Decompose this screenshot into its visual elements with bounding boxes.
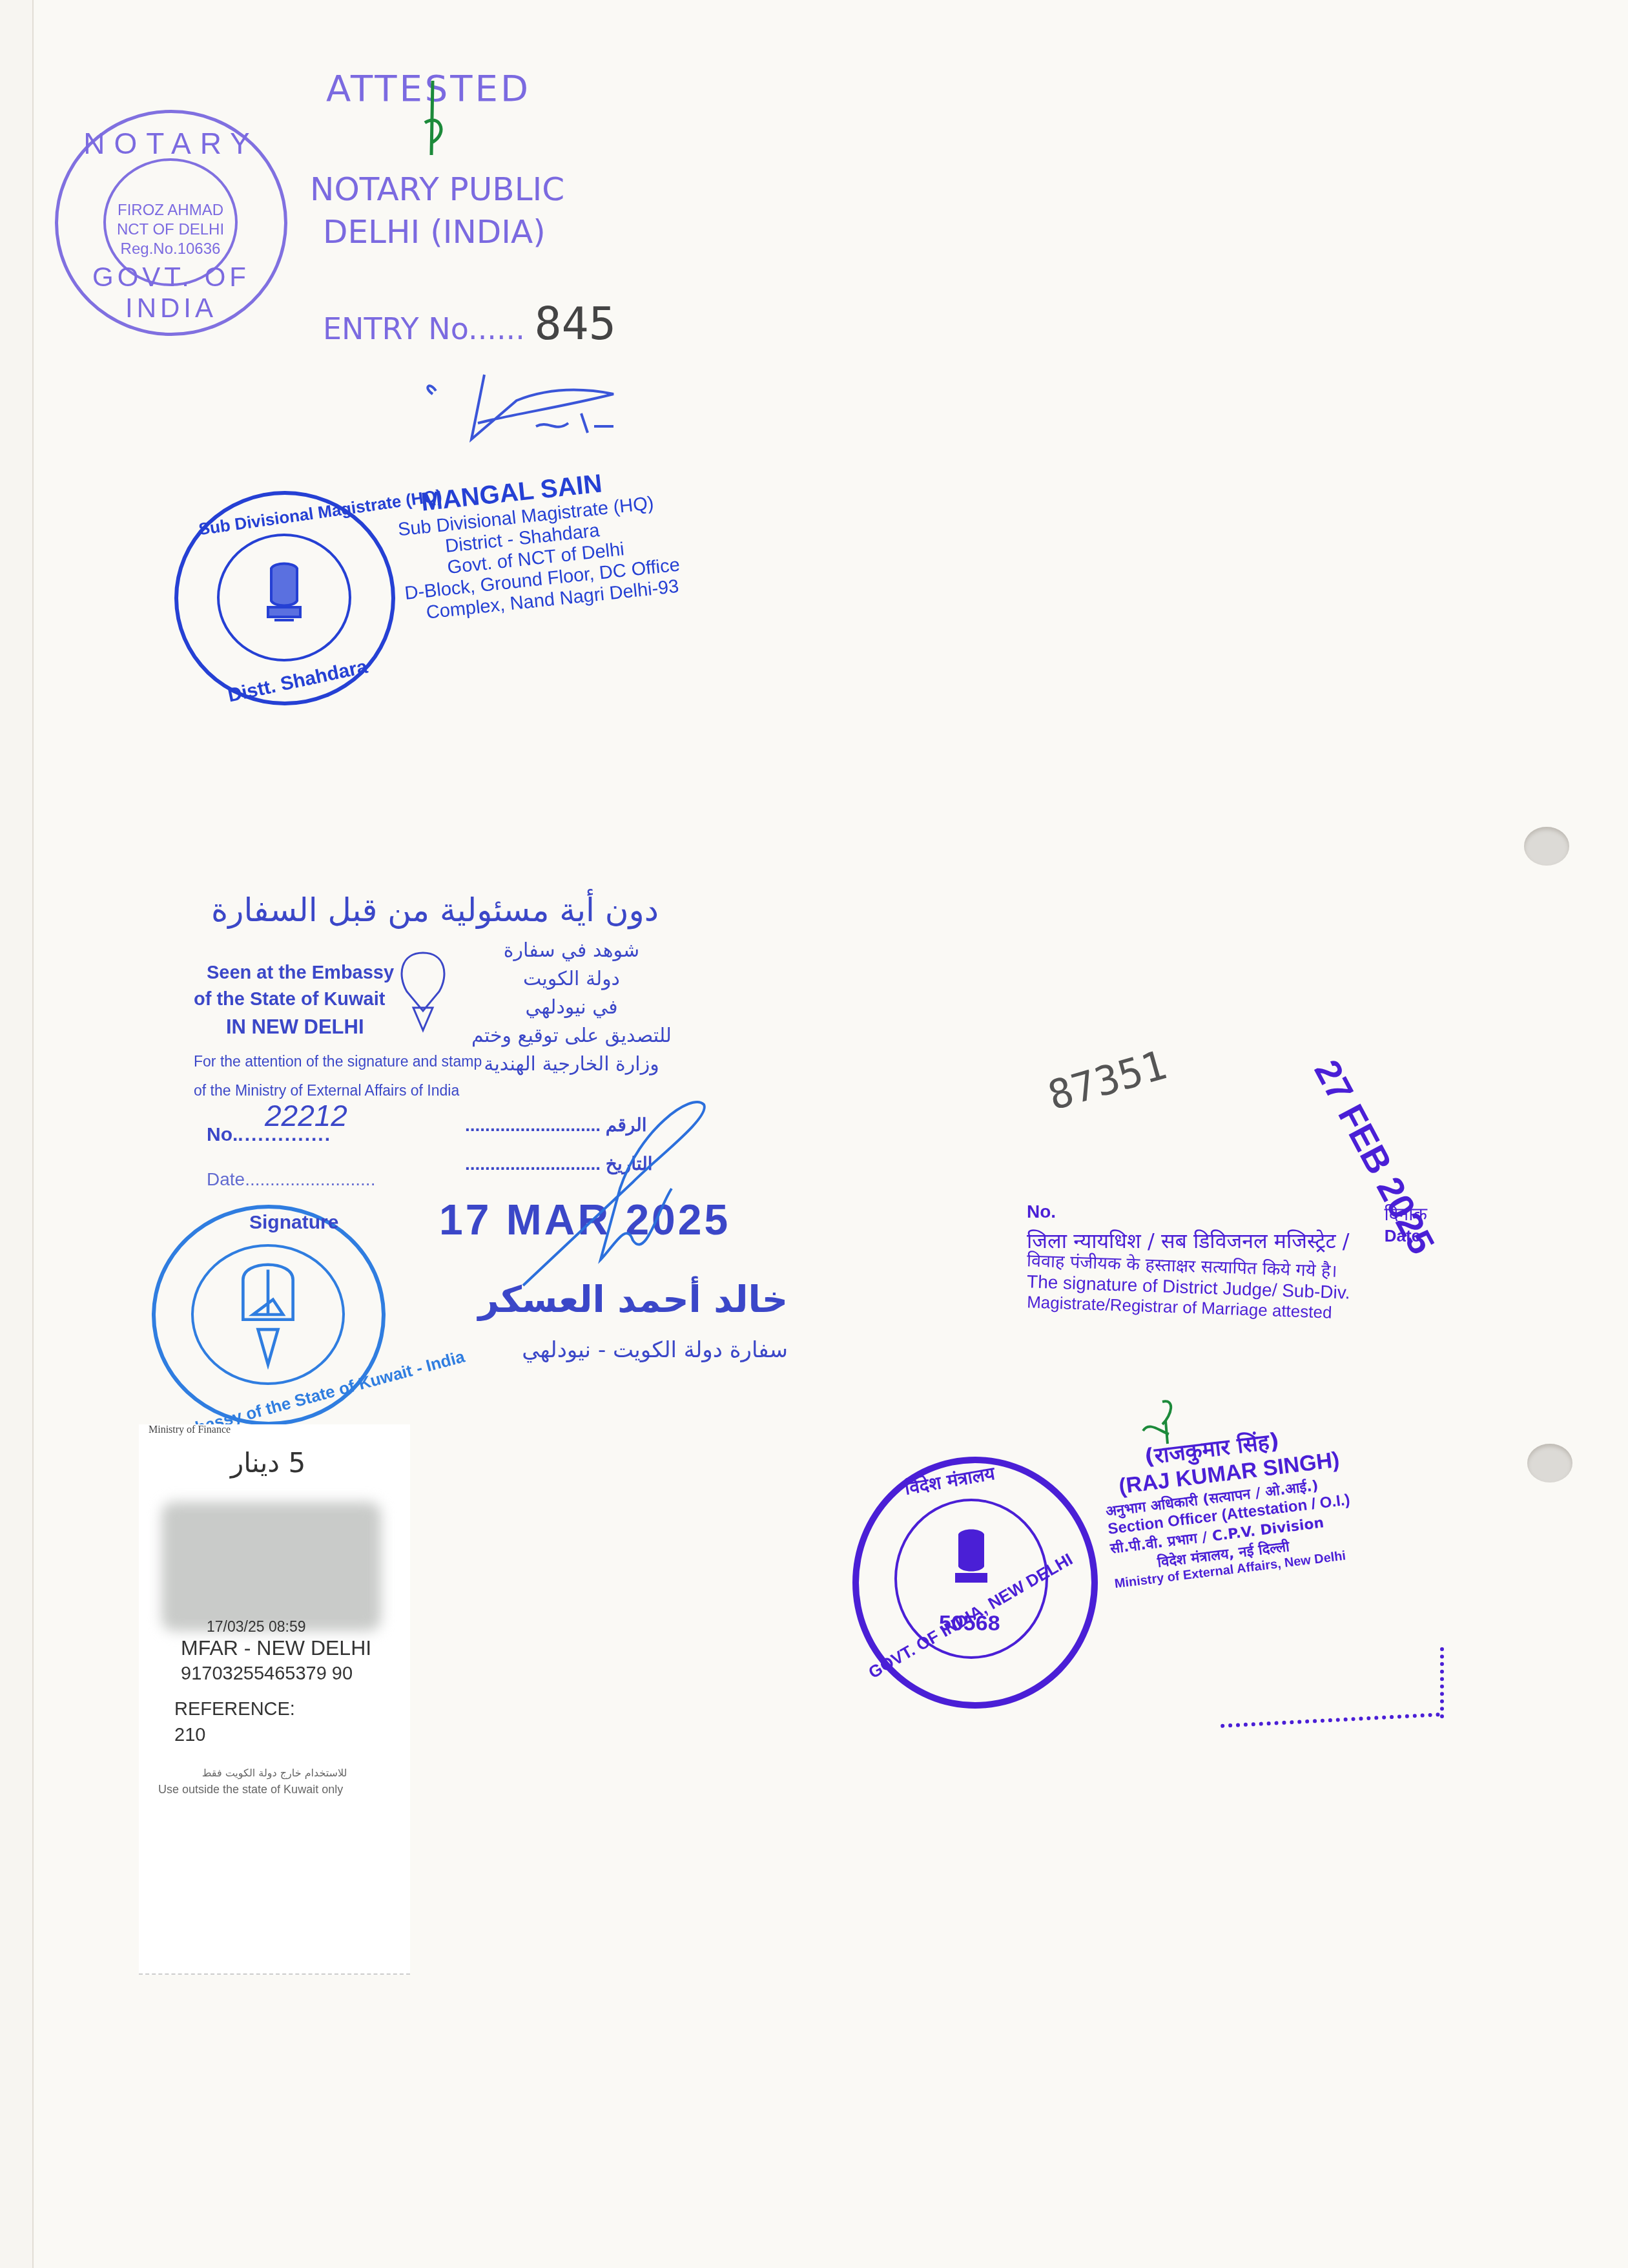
mea-attestation-block: No. दिनांक Date जिला न्यायधिश / सब डिविज… [1027,1202,1427,1319]
notary-public-title: NOTARY PUBLIC DELHI (INDIA) [310,168,564,253]
punch-hole-bottom [1527,1444,1572,1483]
kuwait-no-label: No. [207,1124,238,1145]
mea-officer-block: (राजकुमार सिंह) (RAJ KUMAR SINGH) अनुभाग… [1098,1417,1357,1592]
mea-seal: विदेश मंत्रालय 50568 GOVT. OF INDIA, NEW… [852,1457,1098,1709]
kuwait-attention-line: For the attention of the signature and s… [194,1053,482,1070]
sdm-seal: Sub Divisional Magistrate (HQ) Distt. Sh… [174,491,395,705]
kuwait-arabic-line: شوهد في سفارة [465,937,678,965]
kuwait-arabic-line: دولة الكويت [465,965,678,994]
kuwait-number-value: 22212 [265,1098,347,1133]
punch-hole-top [1524,827,1569,866]
kuwait-ministry-line: of the Ministry of External Affairs of I… [194,1082,482,1099]
entry-label: ENTRY No...... [323,311,525,346]
ashoka-emblem-icon [949,1528,994,1599]
kuwait-arabic-block: شوهد في سفارة دولة الكويت في نيودلهي للت… [465,937,678,1079]
ticket-ministry: Ministry of Finance [149,1424,231,1436]
kuwait-arabic-line: في نيودلهي [465,994,678,1022]
ticket-reference-label: REFERENCE: [174,1699,295,1720]
ashoka-emblem-icon [262,562,307,633]
notary-seal-bottom: GOVT. OF INDIA [58,262,284,324]
ticket-office: MFAR - NEW DELHI [181,1636,371,1660]
notary-region: NCT OF DELHI [106,220,235,240]
notary-title-line1: NOTARY PUBLIC [310,168,564,211]
notary-seal-top: NOTARY [58,126,284,161]
entry-number: ENTRY No...... 845 [323,297,616,350]
redacted-area [161,1502,381,1631]
ticket-datetime: 17/03/25 08:59 [207,1618,305,1636]
kuwait-seal-signature-text: Signature [249,1212,338,1234]
notary-name: FIROZ AHMAD [106,201,235,220]
kuwait-dhow-emblem-icon [226,1260,310,1369]
ticket-reference-value: 210 [174,1725,205,1746]
sdm-seal-inner [217,534,351,661]
ticket-note-english: Use outside the state of Kuwait only [158,1783,343,1796]
mea-no-label: No. [1027,1202,1056,1226]
sdm-designation-block: MANGAL SAIN Sub Divisional Magistrate (H… [394,462,683,626]
kuwait-date-field: Date.......................... [207,1169,375,1190]
kuwait-embassy-seal: Signature Embassy of the State of Kuwait… [152,1205,386,1426]
kuwait-seal-inner [191,1244,345,1385]
notary-signature-icon [413,78,452,161]
notary-title-line2: DELHI (INDIA) [310,211,564,253]
sdm-signature-icon [420,362,665,452]
kuwait-signature-icon [504,1092,723,1298]
notary-seal: NOTARY FIROZ AHMAD NCT OF DELHI Reg.No.1… [55,110,287,336]
ticket-note-arabic: للاستخدام خارج دولة الكويت فقط [158,1767,391,1779]
kuwait-emblem-icon [394,946,452,1034]
kuwait-arabic-line: للتصديق على توقيع وختم [465,1022,678,1050]
kuwait-date-label: Date [207,1169,245,1189]
kuwait-arabic-line: وزارة الخارجية الهندية [465,1050,678,1079]
fee-stamp-ticket: Ministry of Finance 5 دينار 17/03/25 08:… [139,1424,410,1975]
kuwait-signatory-name: خالد أحمد العسكر [420,1279,788,1321]
mea-date-label-hindi: दिनांक [1385,1202,1427,1226]
entry-value: 845 [534,297,615,350]
kuwait-arabic-header: دون أية مسئولية من قبل السفارة [194,891,659,929]
mea-border-fragment-vertical [1440,1647,1444,1718]
ticket-amount: 5 دينار [203,1447,333,1479]
notary-seal-details: FIROZ AHMAD NCT OF DELHI Reg.No.10636 [106,201,235,259]
ticket-serial: 91703255465379 90 [181,1663,353,1685]
notary-reg: Reg.No.10636 [106,240,235,259]
kuwait-embassy-name: سفارة دولة الكويت - نيودلهي [420,1337,788,1363]
